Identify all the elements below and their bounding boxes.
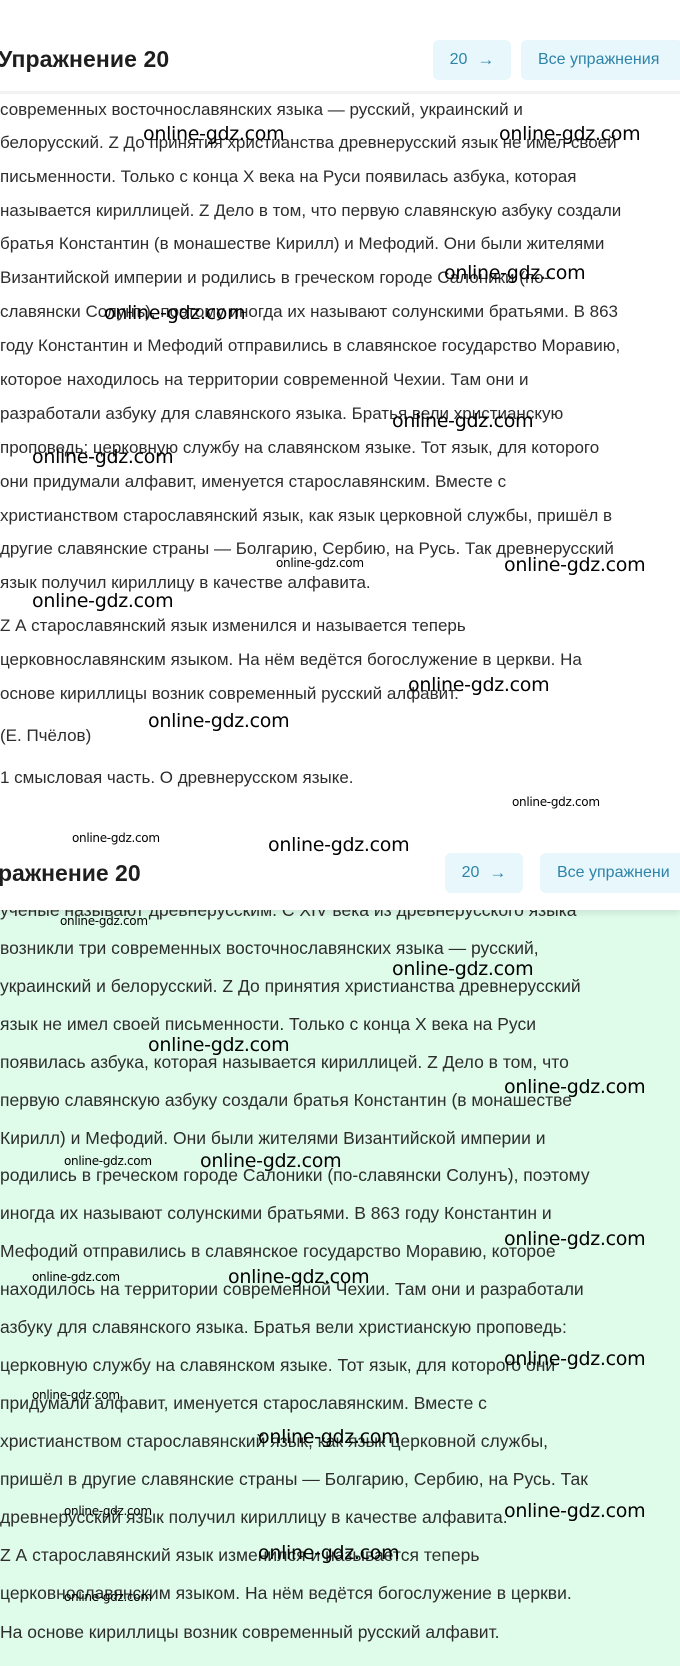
text-line: церковнославянским языком. На нём ведётс… bbox=[0, 650, 582, 670]
text-line: 1 смысловая часть. О древнерусском языке… bbox=[0, 768, 354, 788]
text-line: Z А старославянский язык изменился и наз… bbox=[0, 616, 466, 636]
watermark: online-gdz.com bbox=[148, 710, 289, 732]
all-exercises-button-sticky[interactable]: Все упражнени bbox=[540, 853, 680, 893]
watermark: online-gdz.com bbox=[408, 674, 549, 696]
next-exercise-button-sticky[interactable]: 20 → bbox=[445, 853, 523, 893]
text-line: иногда их называют солунскими братьями. … bbox=[0, 1203, 552, 1224]
watermark: online-gdz.com bbox=[504, 1228, 645, 1250]
watermark: online-gdz.com bbox=[32, 1270, 120, 1284]
watermark: online-gdz.com bbox=[504, 1076, 645, 1098]
text-line: возникли три современных восточнославянс… bbox=[0, 938, 539, 959]
author-credit: (Е. Пчёлов) bbox=[0, 726, 91, 746]
text-line: язык не имел своей письменности. Только … bbox=[0, 1014, 536, 1035]
text-line: азбуку для славянского языка. Братья вел… bbox=[0, 1317, 567, 1338]
watermark: online-gdz.com bbox=[504, 554, 645, 576]
watermark: online-gdz.com bbox=[200, 1150, 341, 1172]
watermark: online-gdz.com bbox=[32, 590, 173, 612]
text-line: христианством старославянский язык, как … bbox=[0, 506, 612, 526]
text-line: первую славянскую азбуку создали братья … bbox=[0, 1090, 572, 1111]
watermark: online-gdz.com bbox=[143, 123, 284, 145]
watermark: online-gdz.com bbox=[32, 446, 173, 468]
next-exercise-label: 20 bbox=[462, 864, 480, 882]
watermark: online-gdz.com bbox=[499, 123, 640, 145]
highlighted-answer-panel: ученые называют древнерусским. С XIV век… bbox=[0, 900, 680, 1666]
watermark: online-gdz.com bbox=[276, 556, 364, 570]
watermark: online-gdz.com bbox=[32, 1388, 120, 1402]
watermark: online-gdz.com bbox=[258, 1426, 399, 1448]
text-line: основе кириллицы возник современный русс… bbox=[0, 684, 459, 704]
watermark: online-gdz.com bbox=[504, 1348, 645, 1370]
text-line: На основе кириллицы возник современный р… bbox=[0, 1622, 500, 1643]
sticky-exercise-header: ражнение 20 20 → Все упражнени bbox=[0, 848, 680, 910]
text-line: году Константин и Мефодий отправились в … bbox=[0, 336, 620, 356]
text-line: славянски Солунъ), поэтому иногда их наз… bbox=[0, 302, 618, 322]
exercise-panel: Упражнение 20 20 → Все упражнения соврем… bbox=[0, 0, 680, 850]
watermark: online-gdz.com bbox=[504, 1500, 645, 1522]
text-line: они придумали алфавит, именуется старосл… bbox=[0, 472, 506, 492]
watermark: online-gdz.com bbox=[60, 914, 148, 928]
watermark: online-gdz.com bbox=[148, 1034, 289, 1056]
watermark: online-gdz.com bbox=[64, 1154, 152, 1168]
all-exercises-button[interactable]: Все упражнения bbox=[521, 40, 680, 80]
text-line: Мефодий отправились в славянское государ… bbox=[0, 1241, 556, 1262]
all-exercises-label: Все упражнения bbox=[538, 51, 659, 69]
watermark: online-gdz.com bbox=[512, 795, 600, 809]
watermark: online-gdz.com bbox=[228, 1266, 369, 1288]
watermark: online-gdz.com bbox=[444, 262, 585, 284]
watermark: online-gdz.com bbox=[392, 958, 533, 980]
text-line: письменности. Только с конца X века на Р… bbox=[0, 167, 576, 187]
text-line: Z А старославянский язык изменился и наз… bbox=[0, 1545, 479, 1566]
page-title-sticky: ражнение 20 bbox=[0, 860, 141, 887]
watermark: online-gdz.com bbox=[104, 302, 245, 324]
watermark: online-gdz.com bbox=[258, 1542, 399, 1564]
arrow-right-icon: → bbox=[477, 50, 494, 70]
next-exercise-label: 20 bbox=[450, 51, 468, 69]
text-line: Кирилл) и Мефодий. Они были жителями Виз… bbox=[0, 1128, 545, 1149]
text-line: церковную службу на славянском языке. То… bbox=[0, 1355, 555, 1376]
page-title: Упражнение 20 bbox=[0, 46, 169, 73]
next-exercise-button[interactable]: 20 → bbox=[433, 40, 511, 80]
text-line: пришёл в другие славянские страны — Болг… bbox=[0, 1469, 588, 1490]
text-line: которое находилось на территории совреме… bbox=[0, 370, 528, 390]
text-line: братья Константин (в монашестве Кирилл) … bbox=[0, 234, 604, 254]
watermark: online-gdz.com bbox=[72, 831, 160, 845]
text-line: называется кириллицей. Z Дело в том, что… bbox=[0, 201, 621, 221]
exercise-header: Упражнение 20 20 → Все упражнения bbox=[0, 38, 680, 86]
watermark: online-gdz.com bbox=[64, 1590, 152, 1604]
header-divider bbox=[0, 91, 680, 94]
watermark: online-gdz.com bbox=[64, 1504, 152, 1518]
watermark: online-gdz.com bbox=[268, 834, 409, 856]
all-exercises-label: Все упражнени bbox=[557, 864, 670, 882]
watermark: online-gdz.com bbox=[392, 410, 533, 432]
arrow-right-icon: → bbox=[489, 863, 506, 883]
text-line: современных восточнославянских языка — р… bbox=[0, 100, 523, 120]
